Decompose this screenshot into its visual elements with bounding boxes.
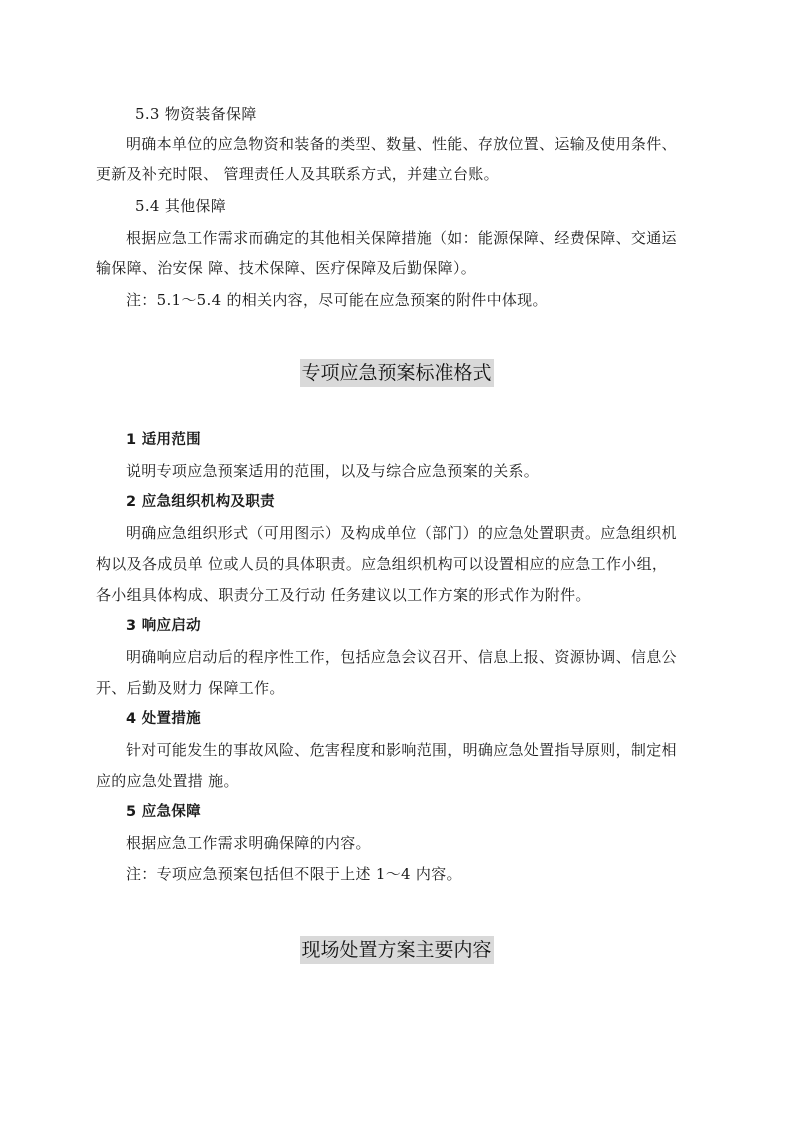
paragraph-line: 明确响应启动后的程序性工作，包括应急会议召开、信息上报、资源协调、信息公 (126, 647, 677, 667)
note-text: 注：专项应急预案包括但不限于上述 1〜4 内容。 (126, 864, 462, 884)
section-heading-5-4: 5.4 其他保障 (135, 196, 226, 216)
item-heading-scope: 1 适用范围 (126, 430, 201, 450)
paragraph-line: 明确本单位的应急物资和装备的类型、数量、性能、存放位置、运输及使用条件、 (126, 134, 677, 154)
paragraph-line: 各小组具体构成、职责分工及行动 任务建议以工作方案的形式作为附件。 (96, 585, 591, 605)
section-heading-5-3: 5.3 物资装备保障 (135, 104, 257, 124)
paragraph-line: 更新及补充时限、 管理责任人及其联系方式，并建立台账。 (96, 164, 499, 184)
paragraph-line: 针对可能发生的事故风险、危害程度和影响范围，明确应急处置指导原则，制定相 (126, 740, 677, 760)
item-heading-support: 5 应急保障 (126, 802, 201, 822)
paragraph-line: 根据应急工作需求明确保障的内容。 (126, 833, 371, 853)
paragraph-line: 根据应急工作需求而确定的其他相关保障措施（如：能源保障、经费保障、交通运 (126, 228, 677, 248)
paragraph-line: 输保障、治安保 障、技术保障、医疗保障及后勤保障）。 (96, 258, 476, 278)
item-heading-measures: 4 处置措施 (126, 709, 201, 729)
paragraph-line: 应的应急处置措 施。 (96, 771, 239, 791)
onsite-plan-title: 现场处置方案主要内容 (299, 936, 493, 964)
paragraph-line: 构以及各成员单 位或人员的具体职责。应急组织机构可以设置相应的应急工作小组， (96, 554, 667, 574)
special-plan-title: 专项应急预案标准格式 (299, 359, 493, 387)
item-heading-response: 3 响应启动 (126, 616, 201, 636)
paragraph-line: 开、后勤及财力 保障工作。 (96, 678, 285, 698)
note-text: 注：5.1〜5.4 的相关内容，尽可能在应急预案的附件中体现。 (126, 290, 548, 310)
document-page: 5.3 物资装备保障 明确本单位的应急物资和装备的类型、数量、性能、存放位置、运… (0, 0, 793, 1122)
paragraph-line: 说明专项应急预案适用的范围，以及与综合应急预案的关系。 (126, 461, 539, 481)
item-heading-organization: 2 应急组织机构及职责 (126, 492, 275, 512)
paragraph-line: 明确应急组织形式（可用图示）及构成单位（部门）的应急处置职责。应急组织机 (126, 523, 677, 543)
